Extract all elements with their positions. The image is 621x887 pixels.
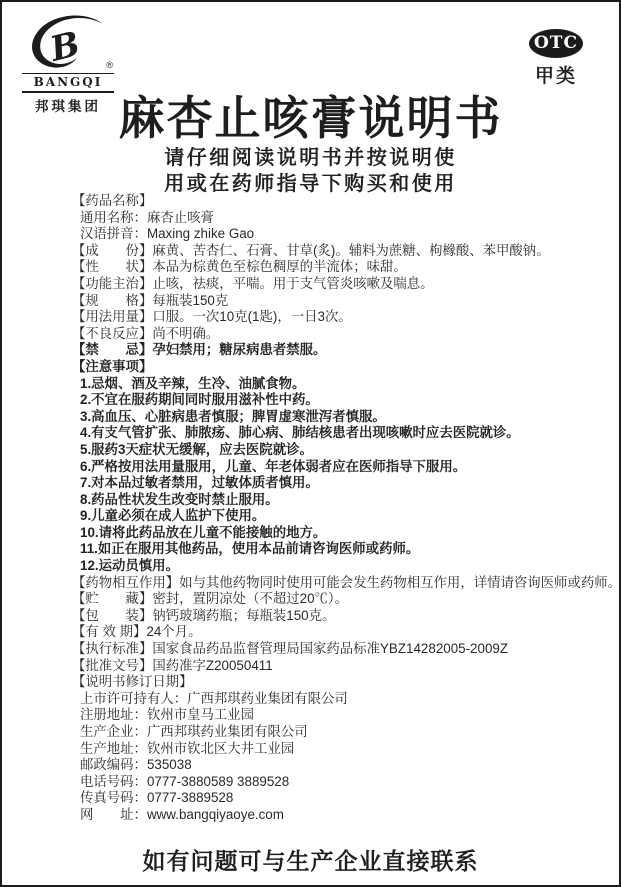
leaflet-line: 【药品名称】 <box>72 193 615 210</box>
leaflet-line: 【包 装】钠钙玻璃药瓶；每瓶装150克。 <box>72 608 615 625</box>
leaflet-line: 【注意事项】 <box>72 359 615 376</box>
leaflet-line: 邮政编码：535038 <box>72 757 615 774</box>
leaflet-line: 【不良反应】尚不明确。 <box>72 326 615 343</box>
leaflet-line: 【成 份】麻黄、苦杏仁、石膏、甘草(炙)。辅料为蔗糖、枸橼酸、苯甲酸钠。 <box>72 243 615 260</box>
leaflet-line: 【批准文号】国药准字Z20050411 <box>72 658 615 675</box>
body-lines: 【药品名称】通用名称：麻杏止咳膏汉语拼音：Maxing zhike Gao【成 … <box>72 193 615 824</box>
otc-block: OTC 甲类 <box>529 29 583 88</box>
leaflet-line: 生产地址：钦州市钦北区大井工业园 <box>72 741 615 758</box>
leaflet-line: 8.药品性状发生改变时禁止服用。 <box>72 492 615 509</box>
leaflet-line: 4.有支气管扩张、肺脓疡、肺心病、肺结核患者出现咳嗽时应去医院就诊。 <box>72 425 615 442</box>
leaflet-page: B ® BANGQI 邦琪集团 OTC 甲类 麻杏止咳膏说明书 请仔细阅读说明书… <box>0 0 621 887</box>
leaflet-line: 生产企业：广西邦琪药业集团有限公司 <box>72 724 615 741</box>
page-title: 麻杏止咳膏说明书 <box>2 82 619 148</box>
leaflet-line: 12.运动员慎用。 <box>72 558 615 575</box>
leaflet-line: 通用名称：麻杏止咳膏 <box>72 210 615 227</box>
usage-notice: 请仔细阅读说明书并按说明使 用或在药师指导下购买和使用 <box>2 145 619 197</box>
leaflet-line: 【执行标准】国家食品药品监督管理局国家药品标准YBZ14282005-2009Z <box>72 641 615 658</box>
registered-trademark-icon: ® <box>106 60 113 70</box>
leaflet-line: 【贮 藏】密封，置阴凉处（不超过20℃）。 <box>72 591 615 608</box>
leaflet-line: 6.严格按用法用量服用，儿童、年老体弱者应在医师指导下服用。 <box>72 459 615 476</box>
leaflet-line: 9.儿童必须在成人监护下使用。 <box>72 508 615 525</box>
leaflet-line: 5.服药3天症状无缓解，应去医院就诊。 <box>72 442 615 459</box>
leaflet-line: 11.如正在服用其他药品，使用本品前请咨询医师或药师。 <box>72 541 615 558</box>
leaflet-line: 【用法用量】口服。一次10克(1匙)，一日3次。 <box>72 309 615 326</box>
footer-note: 如有问题可与生产企业直接联系 <box>2 843 619 876</box>
leaflet-line: 【药物相互作用】如与其他药物同时使用可能会发生药物相互作用，详情请咨询医师或药师… <box>72 575 615 592</box>
leaflet-line: 【功能主治】止咳，祛痰，平喘。用于支气管炎咳嗽及喘息。 <box>72 276 615 293</box>
leaflet-line: 注册地址：钦州市皇马工业园 <box>72 707 615 724</box>
leaflet-line: 【有 效 期】24个月。 <box>72 624 615 641</box>
leaflet-line: 上市许可持有人：广西邦琪药业集团有限公司 <box>72 691 615 708</box>
leaflet-line: 7.对本品过敏者禁用，过敏体质者慎用。 <box>72 475 615 492</box>
leaflet-line: 【说明书修订日期】 <box>72 674 615 691</box>
leaflet-line: 电话号码：0777-3880589 3889528 <box>72 774 615 791</box>
brand-swoosh-icon: B <box>25 14 111 72</box>
leaflet-line: 传真号码：0777-3889528 <box>72 790 615 807</box>
usage-notice-line1: 请仔细阅读说明书并按说明使 <box>2 145 619 171</box>
otc-badge-label: OTC <box>534 33 578 53</box>
leaflet-line: 3.高血压、心脏病患者慎服；脾胃虚寒泄泻者慎服。 <box>72 409 615 426</box>
leaflet-line: 网 址：www.bangqiyaoye.com <box>72 807 615 824</box>
leaflet-line: 【禁 忌】孕妇禁用；糖尿病患者禁服。 <box>72 342 615 359</box>
leaflet-line: 2.不宜在服药期间同时服用滋补性中药。 <box>72 392 615 409</box>
leaflet-line: 10.请将此药品放在儿童不能接触的地方。 <box>72 525 615 542</box>
leaflet-line: 汉语拼音：Maxing zhike Gao <box>72 226 615 243</box>
leaflet-line: 1.忌烟、酒及辛辣，生冷、油腻食物。 <box>72 376 615 393</box>
leaflet-line: 【性 状】本品为棕黄色至棕色稠厚的半流体；味甜。 <box>72 259 615 276</box>
brand-logo-mark: B ® <box>25 14 111 72</box>
otc-badge: OTC <box>529 29 583 58</box>
leaflet-line: 【规 格】每瓶装150克 <box>72 293 615 310</box>
